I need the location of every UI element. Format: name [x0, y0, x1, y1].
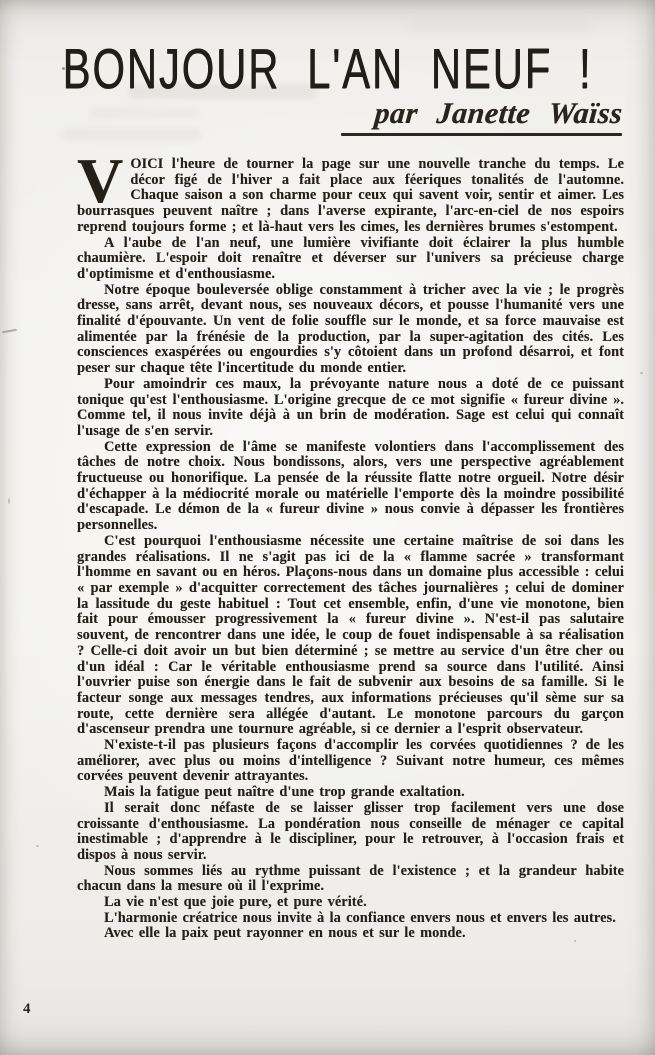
article-title: BONJOUR L'AN NEUF !: [16, 38, 638, 102]
article-body: VOICI l'heure de tourner la page sur une…: [77, 157, 624, 942]
drop-cap: V: [77, 157, 130, 204]
paragraph: N'existe-t-il pas plusieurs façons d'acc…: [77, 738, 624, 785]
ink-speck: [2, 329, 17, 334]
paragraph: VOICI l'heure de tourner la page sur une…: [77, 157, 624, 236]
paragraph: Mais la fatigue peut naître d'une trop g…: [77, 785, 624, 801]
page-number: 4: [23, 1001, 31, 1018]
paragraph: La vie n'est que joie pure, et pure véri…: [77, 895, 624, 911]
paragraph: C'est pourquoi l'enthousiasme nécessite …: [77, 534, 624, 738]
byline: par Janette Waïss: [373, 97, 624, 131]
magazine-page: BONJOUR L'AN NEUF ! par Janette Waïss VO…: [0, 0, 655, 1055]
ink-speck: [36, 845, 39, 847]
paragraph: Notre époque bouleversée oblige constamm…: [77, 283, 624, 377]
ink-speck: [640, 372, 643, 374]
paragraph: L'harmonie créatrice nous invite à la co…: [77, 911, 624, 927]
bleed-through-smudge: [90, 108, 200, 118]
paragraph: Avec elle la paix peut rayonner en nous …: [77, 926, 624, 942]
byline-rule: [341, 133, 622, 136]
ink-speck: [8, 498, 10, 504]
bleed-through-smudge: [62, 128, 202, 141]
paragraph: Nous sommes liés au rythme puissant de l…: [77, 864, 624, 895]
paragraph: Il serait donc néfaste de se laisser gli…: [77, 801, 624, 864]
paragraph: A l'aube de l'an neuf, une lumière vivif…: [77, 236, 624, 283]
paragraph: Pour amoindrir ces maux, la prévoyante n…: [77, 377, 624, 440]
bleed-through-smudge: [410, 20, 590, 32]
paragraph: Cette expression de l'âme se manifeste v…: [77, 440, 624, 534]
